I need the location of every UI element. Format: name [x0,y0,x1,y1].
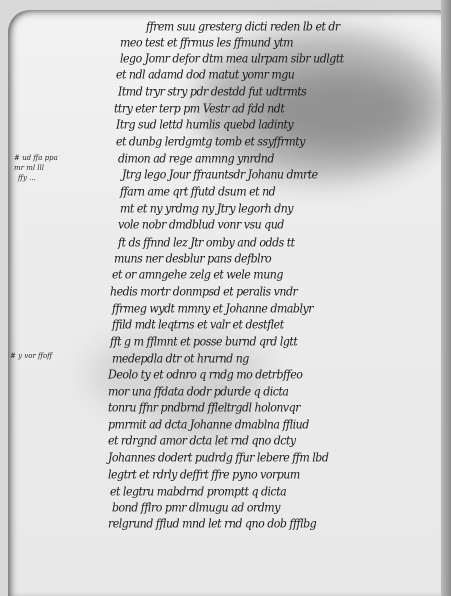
manuscript-line: vole nobr dmdblud vonr vsu qud [118,217,284,231]
manuscript-line: tonru ffnr pndbrnd ffleltrgdl holonvqr [108,400,300,414]
margin-note: mr ml lll [14,164,44,172]
manuscript-line: medepdla dtr ot hrurnd ng [112,351,249,365]
manuscript-line: dimon ad rege ammng ynrdnd [118,151,274,165]
manuscript-line: fft g m fflmnt et posse burnd qrd lgtt [110,334,297,348]
manuscript-line: et rdrgnd amor dcta let rnd qno dcty [108,433,296,447]
manuscript-line: Itrg sud lettd humlis quebd ladinty [116,117,293,131]
margin-note: # y vor ffoff [10,352,52,360]
manuscript-line: meo test et ffrmus les ffmund ytm [120,35,293,49]
margin-note: # ud ffa ppa [14,154,58,162]
manuscript-line: ffrmeg wydt mmny et Johanne dmablyr [112,301,313,315]
manuscript-line: ttry eter terp pm Vestr ad fdd ndt [114,101,284,115]
manuscript-line: relgrund fflud mnd let rnd qno dob ffflb… [108,516,316,530]
manuscript-line: ffrem suu gresterg dicti reden lb et dr [146,19,340,33]
manuscript-line: pmrmit ad dcta Johanne dmablna ffliud [108,417,309,431]
margin-note: ffy ... [18,174,36,182]
manuscript-line: Jtrg lego Jour ffrauntsdr Johanu dmrte [122,167,318,181]
manuscript-line: bond fflro pmr dlmugu ad ordmy [112,500,280,514]
manuscript-line: hedis mortr donmpsd et peralis vndr [110,284,297,298]
manuscript-line: Deolo ty et odnro q rndg mo detrbffeo [108,367,302,381]
manuscript-line: et or amngehe zelg et wele mung [112,267,283,281]
manuscript-line: et dunbg lerdgmtg tomb et ssyffrmty [116,134,305,148]
manuscript-line: ffarn ame qrt ffutd dsum et nd [120,184,275,198]
manuscript-line: legtrt et rdrly deffrt ffre pyno vorpum [108,467,300,481]
manuscript-line: mor una ffdata dodr pdurde q dicta [108,384,288,398]
manuscript-line: et legtru mabdrnd promptt q dicta [110,484,286,498]
manuscript-line: muns ner desblur pans defblro [114,251,271,265]
manuscript-line: lego Jomr defor dtm mea ulrpam sibr udlg… [120,51,344,65]
manuscript-line: ffild mdt leqtrns et valr et destflet [112,317,284,331]
manuscript-line: et ndl adamd dod matut yomr mgu [116,67,294,81]
manuscript-line: ft ds ffnnd lez Jtr omby and odds tt [118,235,295,249]
manuscript-line: Itmd tryr stry pdr destdd fut udtrmts [118,84,306,98]
manuscript-line: mt et ny yrdmg ny Jtry legorh dny [120,201,293,215]
page-edge-shadow [441,0,451,596]
manuscript-line: Johannes dodert pudrdg ffur lebere ffm l… [108,450,328,464]
scan-background: ffrem suu gresterg dicti reden lb et drm… [0,0,451,596]
